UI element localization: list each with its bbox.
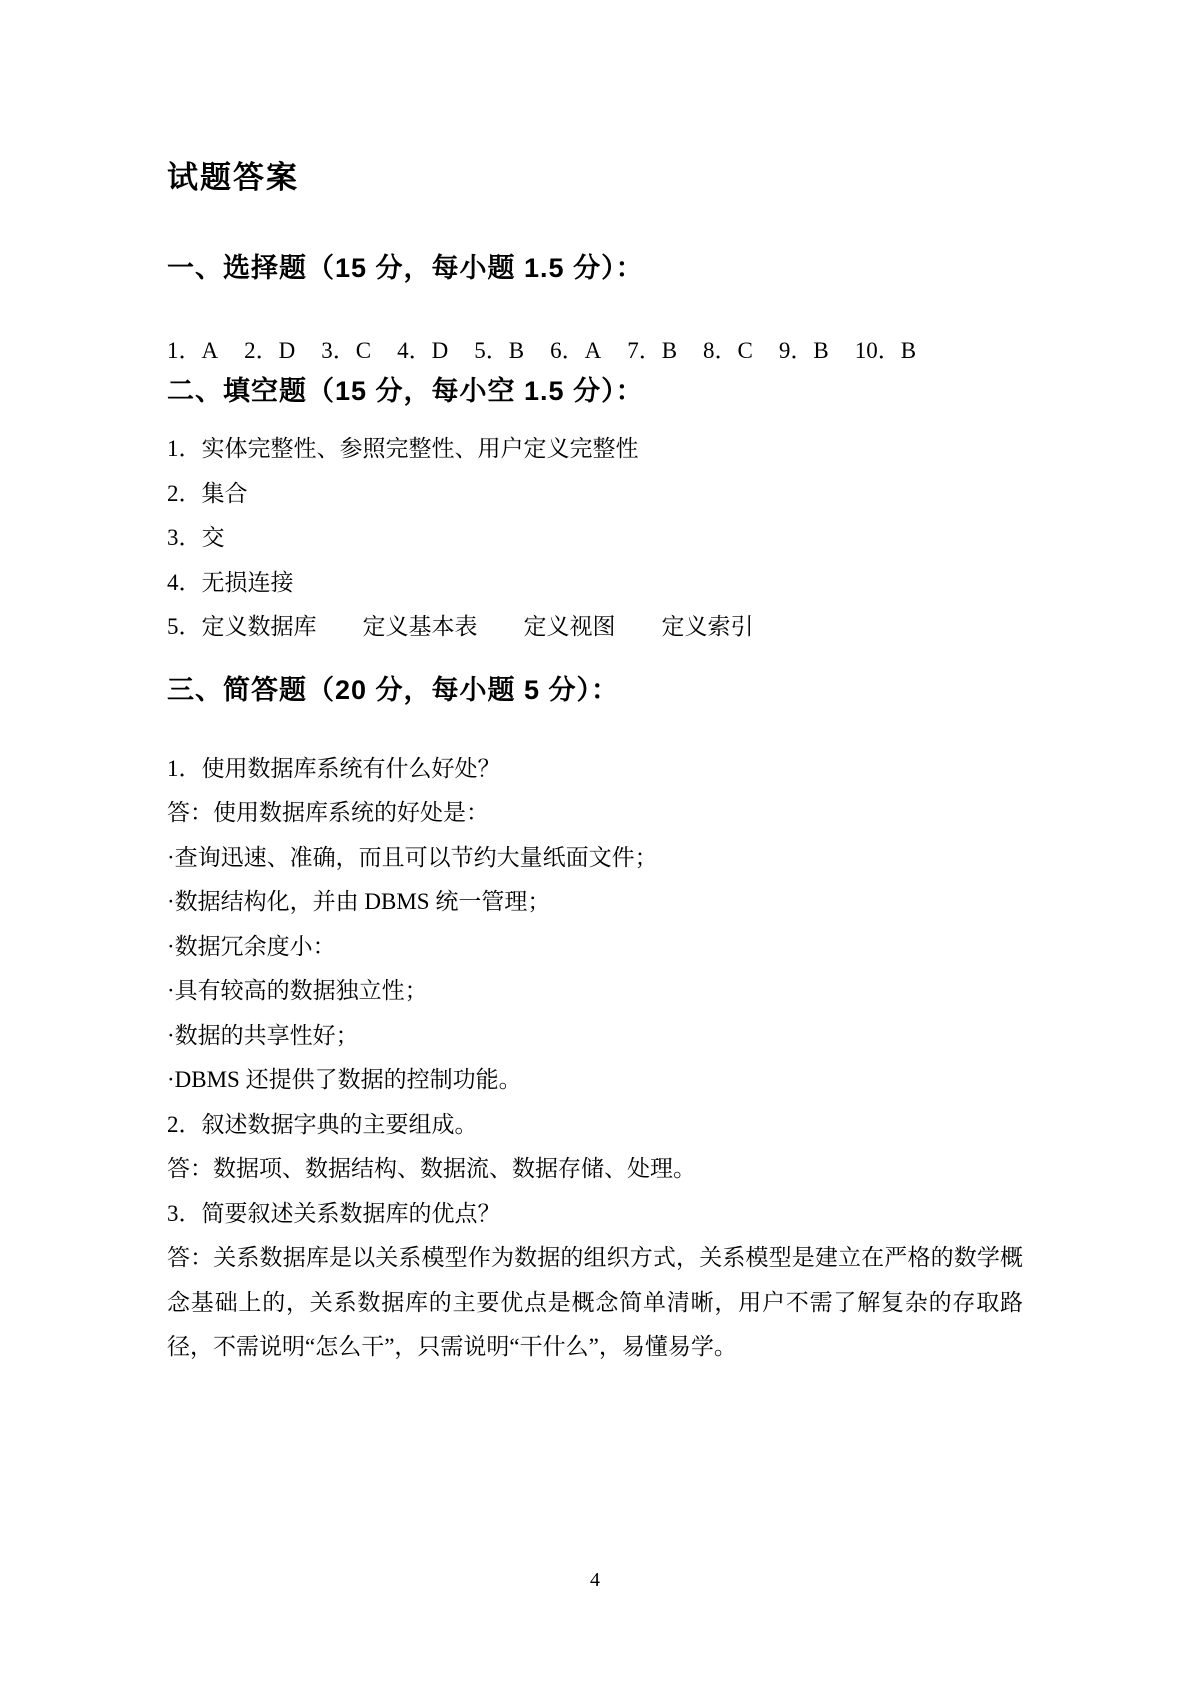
choice-answer-6: 6．A — [550, 328, 601, 373]
choice-answer-1: 1．A — [167, 328, 218, 373]
choice-answer-3: 3．C — [321, 328, 371, 373]
exam-answer-page: 试题答案 一、选择题（15 分，每小题 1.5 分）： 1．A 2．D 3．C … — [0, 0, 1190, 1683]
choice-answer-9: 9．B — [779, 328, 829, 373]
answer-1-bullet-2: ·数据结构化，并由 DBMS 统一管理； — [167, 880, 1023, 925]
choice-answers-line: 1．A 2．D 3．C 4．D 5．B 6．A 7．B 8．C 9．B 10．B — [167, 328, 1023, 373]
fill-blank-item-4: 4．无损连接 — [167, 561, 1023, 606]
section-2-heading: 二、填空题（15 分，每小空 1.5 分）： — [167, 376, 1023, 407]
page-number: 4 — [0, 1567, 1190, 1593]
fill-blank-item-2: 2．集合 — [167, 472, 1023, 517]
answer-2: 答：数据项、数据结构、数据流、数据存储、处理。 — [167, 1147, 1023, 1192]
section-3-heading: 三、简答题（20 分，每小题 5 分）： — [167, 675, 1023, 706]
fill-blank-item-1: 1．实体完整性、参照完整性、用户定义完整性 — [167, 427, 1023, 472]
page-title: 试题答案 — [167, 158, 1023, 198]
short-answer-block: 1．使用数据库系统有什么好处？ 答：使用数据库系统的好处是： ·查询迅速、准确，… — [167, 747, 1023, 1370]
answer-1-intro: 答：使用数据库系统的好处是： — [167, 791, 1023, 836]
question-1: 1．使用数据库系统有什么好处？ — [167, 747, 1023, 792]
answer-1-bullet-3: ·数据冗余度小： — [167, 925, 1023, 970]
choice-answer-8: 8．C — [703, 328, 753, 373]
fill-blank-answers: 1．实体完整性、参照完整性、用户定义完整性 2．集合 3．交 4．无损连接 5．… — [167, 427, 1023, 650]
answer-1-bullet-6: ·DBMS 还提供了数据的控制功能。 — [167, 1058, 1023, 1103]
choice-answer-10: 10．B — [855, 328, 916, 373]
choice-answer-7: 7．B — [627, 328, 677, 373]
question-3: 3．简要叙述关系数据库的优点？ — [167, 1192, 1023, 1237]
answer-1-bullet-1: ·查询迅速、准确，而且可以节约大量纸面文件； — [167, 836, 1023, 881]
fill-blank-item-5: 5．定义数据库 定义基本表 定义视图 定义索引 — [167, 605, 1023, 650]
question-2: 2．叙述数据字典的主要组成。 — [167, 1103, 1023, 1148]
choice-answer-2: 2．D — [244, 328, 295, 373]
choice-answer-4: 4．D — [397, 328, 448, 373]
fill-blank-item-3: 3．交 — [167, 516, 1023, 561]
choice-answer-5: 5．B — [474, 328, 524, 373]
answer-3-paragraph: 答：关系数据库是以关系模型作为数据的组织方式，关系模型是建立在严格的数学概念基础… — [167, 1236, 1023, 1370]
section-1-heading: 一、选择题（15 分，每小题 1.5 分）： — [167, 253, 1023, 284]
answer-1-bullet-5: ·数据的共享性好； — [167, 1014, 1023, 1059]
answer-1-bullet-4: ·具有较高的数据独立性； — [167, 969, 1023, 1014]
